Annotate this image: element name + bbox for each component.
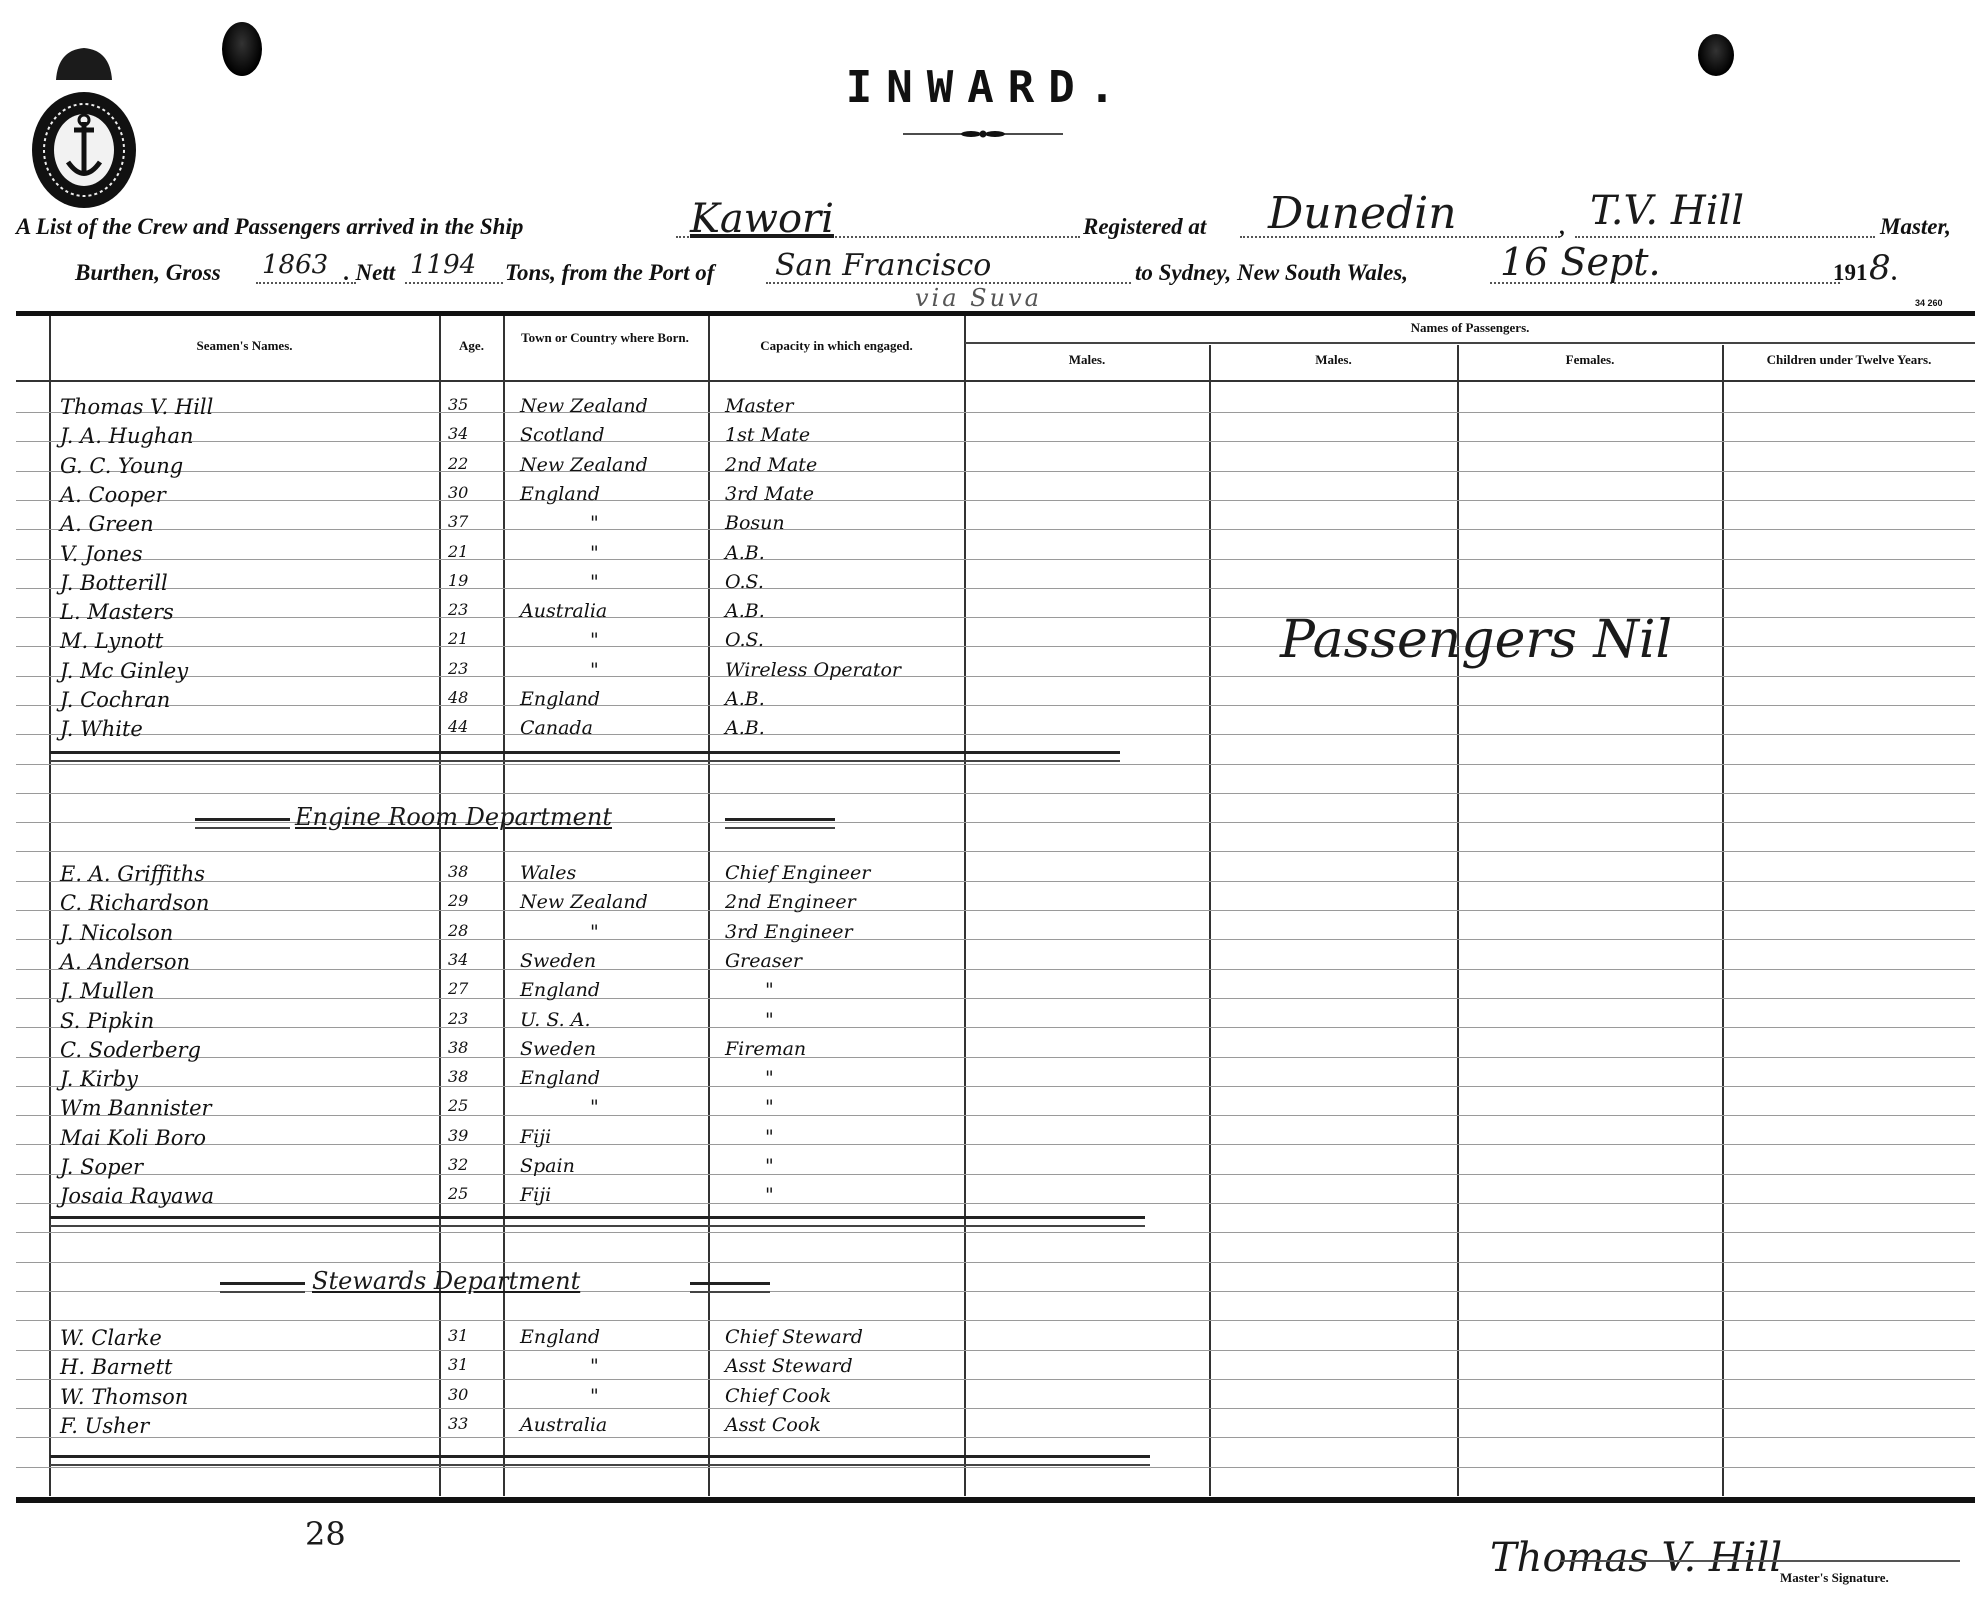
ruled-line (16, 1203, 1975, 1204)
ruled-line (16, 1408, 1975, 1409)
crew-born: " (590, 1355, 599, 1377)
crew-capacity: Wireless Operator (725, 659, 901, 681)
ruled-line (16, 1350, 1975, 1351)
crew-age: 31 (448, 1326, 468, 1345)
crew-born: Scotland (520, 424, 605, 446)
crew-age: 38 (448, 862, 468, 881)
ruled-line (16, 412, 1975, 413)
crew-age: 29 (448, 891, 468, 910)
nett-tonnage-value: 1194 (410, 250, 476, 280)
crew-capacity: Fireman (725, 1038, 806, 1060)
crew-capacity: " (765, 1126, 774, 1148)
crew-age: 48 (448, 688, 468, 707)
arrival-date-value: 16 Sept. (1500, 240, 1661, 284)
deck-section-end-rule (50, 751, 1120, 762)
ruled-line (16, 500, 1975, 501)
ruled-line (16, 734, 1975, 735)
signature-line (1560, 1560, 1960, 1562)
crew-born: " (590, 542, 599, 564)
crew-capacity: Asst Steward (725, 1355, 853, 1377)
crew-age: 21 (448, 629, 468, 648)
comma: , (1560, 214, 1566, 240)
crew-born: New Zealand (520, 891, 648, 913)
crew-name: Mai Koli Boro (60, 1126, 206, 1150)
crew-name: H. Barnett (60, 1355, 173, 1379)
top-rule (16, 311, 1975, 316)
ruled-line (16, 910, 1975, 911)
crew-age: 23 (448, 600, 468, 619)
page-number: 28 (305, 1515, 346, 1553)
crew-capacity: " (765, 1184, 774, 1206)
title-flourish-icon (903, 130, 1063, 138)
crew-age: 38 (448, 1038, 468, 1057)
crew-age: 31 (448, 1355, 468, 1374)
header-children: Children under Twelve Years. (1723, 352, 1975, 367)
crew-name: A. Anderson (60, 950, 190, 974)
crew-name: Josaia Rayawa (60, 1184, 214, 1208)
ruled-line (16, 471, 1975, 472)
crew-capacity: O.S. (725, 571, 764, 593)
ruled-line (16, 998, 1975, 999)
crew-capacity: 2nd Engineer (725, 891, 856, 913)
ruled-line (16, 969, 1975, 970)
crew-age: 44 (448, 717, 468, 736)
ruled-line (16, 881, 1975, 882)
ruled-line (16, 939, 1975, 940)
col-line-children (1722, 345, 1724, 1496)
crew-born: " (590, 571, 599, 593)
crew-capacity: Greaser (725, 950, 802, 972)
master-signature-label: Master's Signature. (1780, 1570, 1889, 1586)
crew-born: England (520, 1067, 600, 1089)
crew-capacity: A.B. (725, 600, 765, 622)
crew-capacity: 1st Mate (725, 424, 810, 446)
ruled-line (16, 1467, 1975, 1468)
tons-from-port-label: Tons, from the Port of (505, 260, 714, 286)
crew-name: J. Cochran (60, 688, 170, 712)
crew-capacity: " (765, 1096, 774, 1118)
nett-field-line (405, 282, 503, 284)
crew-name: J. A. Hughan (60, 424, 194, 448)
ruled-line (16, 676, 1975, 677)
crew-born: England (520, 979, 600, 1001)
crew-name: J. Mc Ginley (60, 659, 188, 683)
engine-dept-heading: Engine Room Department (295, 803, 612, 831)
crew-capacity: O.S. (725, 629, 764, 651)
crew-name: Wm Bannister (60, 1096, 212, 1120)
crew-age: 19 (448, 571, 468, 590)
crew-capacity: 3rd Engineer (725, 921, 853, 943)
crew-name: F. Usher (60, 1414, 149, 1438)
crew-name: J. Botterill (60, 571, 168, 595)
crew-name: J. Mullen (60, 979, 155, 1003)
crew-capacity: Asst Cook (725, 1414, 821, 1436)
crew-born: Australia (520, 600, 607, 622)
crew-born: New Zealand (520, 454, 648, 476)
engine-dept-left-ornament (195, 818, 290, 829)
burthen-gross-label: Burthen, Gross (75, 260, 221, 286)
form-title: INWARD. (0, 62, 1975, 113)
ruled-line (16, 529, 1975, 530)
crew-name: Thomas V. Hill (60, 395, 213, 419)
port-from-value: San Francisco (775, 248, 991, 283)
bottom-rule (16, 1497, 1975, 1503)
col-line-passengers (964, 316, 966, 1496)
crew-age: 37 (448, 512, 468, 531)
header-females: Females. (1458, 352, 1722, 367)
crew-capacity: " (765, 1155, 774, 1177)
crew-name: G. C. Young (60, 454, 183, 478)
crew-born: England (520, 483, 600, 505)
col-line-males2 (1209, 345, 1211, 1496)
stewards-dept-left-ornament (220, 1282, 305, 1293)
crew-born: Wales (520, 862, 576, 884)
ruled-line (16, 1027, 1975, 1028)
ruled-line (16, 1379, 1975, 1380)
crew-age: 28 (448, 921, 468, 940)
col-line-females (1457, 345, 1459, 1496)
crew-capacity: A.B. (725, 542, 765, 564)
header-age: Age. (440, 338, 503, 353)
ruled-line (16, 1144, 1975, 1145)
crew-capacity: A.B. (725, 688, 765, 710)
col-line-capacity (708, 316, 710, 1496)
crew-capacity: " (765, 1067, 774, 1089)
gross-field-line (256, 282, 356, 284)
year-prefix: 191 (1833, 260, 1868, 286)
crew-name: L. Masters (60, 600, 174, 624)
ruled-line (16, 646, 1975, 647)
crew-capacity: 2nd Mate (725, 454, 817, 476)
year-suffix-value: 8 (1869, 248, 1891, 288)
ruled-line (16, 705, 1975, 706)
registered-at-label: Registered at (1083, 214, 1206, 240)
crew-name: W. Clarke (60, 1326, 162, 1350)
stewards-dept-heading: Stewards Department (312, 1267, 580, 1295)
crew-name: J. Kirby (60, 1067, 138, 1091)
header-seamens-names: Seamen's Names. (50, 338, 439, 353)
stewards-dept-right-ornament (690, 1282, 770, 1293)
crew-name: E. A. Griffiths (60, 862, 205, 886)
ruled-line (16, 1320, 1975, 1321)
crew-age: 30 (448, 483, 468, 502)
crew-name: W. Thomson (60, 1385, 188, 1409)
crew-born: " (590, 921, 599, 943)
via-note: via Suva (915, 284, 1042, 312)
crew-age: 21 (448, 542, 468, 561)
crew-age: 34 (448, 424, 468, 443)
crew-capacity: " (765, 979, 774, 1001)
ruled-line (16, 1115, 1975, 1116)
crew-born: Spain (520, 1155, 575, 1177)
registered-port-value: Dunedin (1268, 188, 1457, 239)
crew-born: England (520, 1326, 600, 1348)
crew-born: " (590, 629, 599, 651)
crew-age: 38 (448, 1067, 468, 1086)
crew-born: Sweden (520, 1038, 596, 1060)
crew-name: V. Jones (60, 542, 143, 566)
ruled-line (16, 559, 1975, 560)
crew-age: 34 (448, 950, 468, 969)
gross-tonnage-value: 1863 (262, 250, 328, 280)
crew-born: Australia (520, 1414, 607, 1436)
ruled-line (16, 851, 1975, 852)
crew-age: 30 (448, 1385, 468, 1404)
crew-name: A. Green (60, 512, 154, 536)
crew-born: " (590, 1385, 599, 1407)
crew-born: Fiji (520, 1126, 551, 1148)
crew-name: J. Nicolson (60, 921, 173, 945)
col-line-age (439, 316, 441, 1496)
header-names-of-passengers: Names of Passengers. (965, 320, 1975, 335)
ruled-line (16, 441, 1975, 442)
crew-age: 25 (448, 1184, 468, 1203)
crew-capacity: Chief Cook (725, 1385, 831, 1407)
engine-section-end-rule (50, 1216, 1145, 1227)
crew-name: M. Lynott (60, 629, 163, 653)
crew-age: 27 (448, 979, 468, 998)
passenger-header-divider (965, 342, 1975, 344)
header-males-1: Males. (965, 352, 1209, 367)
crew-born: Fiji (520, 1184, 551, 1206)
crew-born: Canada (520, 717, 593, 739)
crew-born: " (590, 512, 599, 534)
crew-age: 33 (448, 1414, 468, 1433)
ruled-line (16, 1057, 1975, 1058)
ruled-line (16, 1086, 1975, 1087)
header-bottom-rule (16, 380, 1975, 382)
crew-born: " (590, 659, 599, 681)
crew-age: 22 (448, 454, 468, 473)
form-code: 34 260 (1915, 298, 1943, 308)
crew-capacity: " (765, 1009, 774, 1031)
crew-capacity: Bosun (725, 512, 785, 534)
ruled-line (16, 1262, 1975, 1263)
header-males-2: Males. (1210, 352, 1457, 367)
crew-name: J. White (60, 717, 143, 741)
ruled-line (16, 1174, 1975, 1175)
passengers-nil-note: Passengers Nil (1280, 610, 1672, 670)
crew-born: U. S. A. (520, 1009, 591, 1031)
ruled-line (16, 793, 1975, 794)
col-line-left (49, 316, 51, 1496)
engine-dept-right-ornament (725, 818, 835, 829)
list-heading-label: A List of the Crew and Passengers arrive… (16, 214, 523, 240)
master-label: Master, (1880, 214, 1951, 240)
ship-name-value: Kawori (690, 196, 834, 242)
header-where-born: Town or Country where Born. (510, 330, 700, 345)
crew-age: 39 (448, 1126, 468, 1145)
ruled-line (16, 1291, 1975, 1292)
ruled-line (16, 1232, 1975, 1233)
master-signature: Thomas V. Hill (1490, 1535, 1782, 1581)
master-name-value: T.V. Hill (1590, 188, 1744, 234)
crew-age: 32 (448, 1155, 468, 1174)
crew-name: C. Richardson (60, 891, 209, 915)
crew-age: 23 (448, 1009, 468, 1028)
crew-name: S. Pipkin (60, 1009, 154, 1033)
destination-label: to Sydney, New South Wales, (1135, 260, 1408, 286)
crew-capacity: Chief Engineer (725, 862, 870, 884)
year-period: . (1892, 260, 1898, 286)
crew-name: C. Soderberg (60, 1038, 201, 1062)
crew-capacity: A.B. (725, 717, 765, 739)
crew-born: England (520, 688, 600, 710)
crew-name: J. Soper (60, 1155, 143, 1179)
header-capacity: Capacity in which engaged. (709, 338, 964, 353)
stewards-section-end-rule (50, 1455, 1150, 1466)
crew-age: 35 (448, 395, 468, 414)
nett-label: . Nett (344, 260, 395, 286)
ruled-line (16, 1437, 1975, 1438)
crew-born: " (590, 1096, 599, 1118)
crew-name: A. Cooper (60, 483, 166, 507)
ruled-line (16, 588, 1975, 589)
crew-capacity: Master (725, 395, 794, 417)
crew-capacity: 3rd Mate (725, 483, 814, 505)
crew-age: 25 (448, 1096, 468, 1115)
crew-capacity: Chief Steward (725, 1326, 863, 1348)
crew-born: New Zealand (520, 395, 648, 417)
col-line-born (503, 316, 505, 1496)
ruled-line (16, 764, 1975, 765)
crew-born: Sweden (520, 950, 596, 972)
ruled-line (16, 617, 1975, 618)
master-field-line (1575, 236, 1875, 238)
crew-age: 23 (448, 659, 468, 678)
